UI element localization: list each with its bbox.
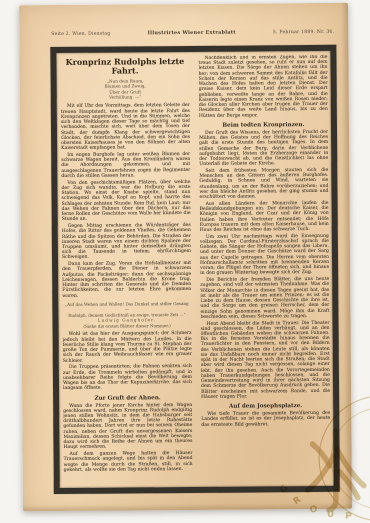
article-paragraph: Wohl ist das hier der Ausgangspunct; der… xyxy=(63,331,192,363)
scan-edge-shadow xyxy=(341,3,352,509)
article-subheading: Auf dem Josephsplatze. xyxy=(201,403,330,410)
article-paragraph: Auf dem ganzen Wege hatten die Häuser Tr… xyxy=(64,451,193,473)
newspaper-page: Seite 2. Wien, Dienstag Illustrirtes Wie… xyxy=(19,3,352,512)
article-paragraph: Wann die Pforte jener Kirche hinter dem … xyxy=(63,402,192,450)
verse-note: (Siehe die ersten Blätter dieser Nummer.… xyxy=(63,323,192,330)
article-headline: Kronprinz Rudolphs letzte Fahrt. xyxy=(60,57,189,76)
article-subheading: Beim todten Kronprinzen. xyxy=(199,122,328,129)
masthead-left: Seite 2. Wien, Dienstag xyxy=(51,32,110,37)
verse-block: „Auf das Wehen und Wallen! Das Dunkel un… xyxy=(62,301,191,330)
article-paragraph: Von den geschichtsmäßigen Plätzen, über … xyxy=(61,180,190,223)
article-paragraph: Um zwei Uhr nachmittags ward die Einsegn… xyxy=(200,234,329,277)
article-paragraph: Gegen Mittag erschienen die Würdenträger… xyxy=(62,223,191,261)
article-paragraph: Der Gruft des Wissens, der herrlichsten … xyxy=(199,130,328,168)
article-subheading: Zur Gruft der Ahnen. xyxy=(63,394,192,401)
masthead-right: 5. Februar 1889. Nr. 36. xyxy=(273,30,334,35)
article-paragraph: Die Berichte der fremden Blätter, die un… xyxy=(200,277,329,320)
article-paragraph: Aus allen Ländern der Monarchie laufen d… xyxy=(200,201,329,233)
article-paragraph: Die Truppen präsentirten; die Fahnen sen… xyxy=(63,364,192,391)
masthead-title: Illustrirtes Wiener Extrablatt xyxy=(148,30,236,37)
article-paragraph: Heut Abend bleibt die Stadt in Trauer. D… xyxy=(201,320,331,400)
column-right: Nachdenklich und in ernsten Zügen, wie i… xyxy=(198,55,330,484)
scan-bottom-shadow xyxy=(23,503,352,512)
article-paragraph: Mit elf Uhr des Vormittags, dem letzten … xyxy=(61,103,190,151)
stamp-arc-letter: U xyxy=(326,509,334,520)
article-paragraph: Dann kam der Zug. Voran die Hofstallmeis… xyxy=(62,261,191,299)
article-frame: Kronprinz Rudolphs letzte Fahrt. „Nun de… xyxy=(50,45,340,494)
stamp-arc-letter: P xyxy=(345,511,353,522)
article-paragraph: Wie tiefe Trauer die gesammte Bevölkerun… xyxy=(201,411,330,428)
article-paragraph: Nachdenklich und in ernsten Zügen, wie i… xyxy=(198,55,327,119)
masthead: Seite 2. Wien, Dienstag Illustrirtes Wie… xyxy=(51,29,334,41)
column-left: Kronprinz Rudolphs letzte Fahrt. „Nun de… xyxy=(60,56,192,485)
article-paragraph: Seit dem frühesten Morgen stauten sich d… xyxy=(199,168,328,200)
epigraph: „Nun dein Raum,Blumen und Zweig,Über der… xyxy=(61,78,190,101)
verse-line: Verhüllung. —“ xyxy=(61,94,190,100)
article-paragraph: Im engen Burghofe lag unter weißen Blume… xyxy=(61,152,190,179)
article-columns: Kronprinz Rudolphs letzte Fahrt. „Nun de… xyxy=(60,55,330,485)
